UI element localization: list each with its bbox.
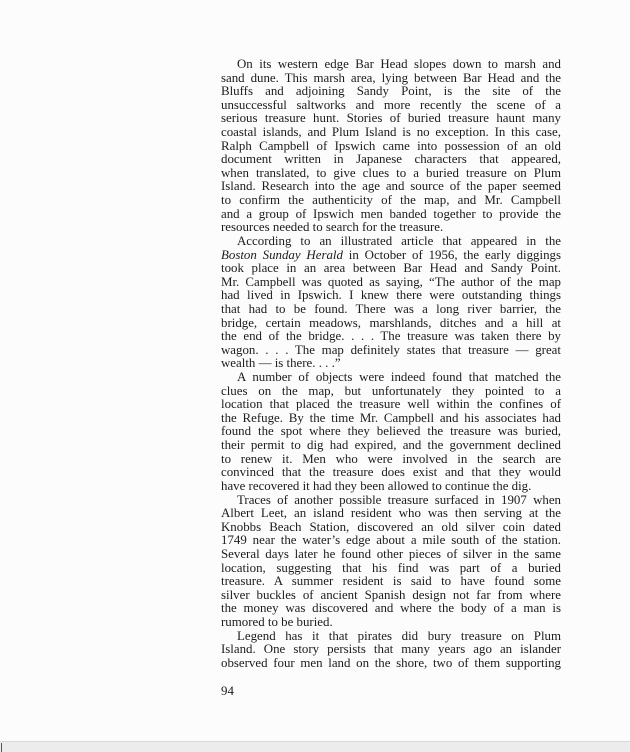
text-line: document written in Japanese characters … [221,153,561,167]
text-line: sand dune. This marsh area, lying betwee… [221,72,561,86]
text-line: clues on the map, but unfortunately they… [221,385,561,399]
text-line: convinced that the treasure does exist a… [221,466,561,480]
text-line: Island. Research into the age and source… [221,180,561,194]
text-line: took place in an area between Bar Head a… [221,262,561,276]
text-line: serious treasure hunt. Stories of buried… [221,112,561,126]
paragraph-5: Legend has it that pirates did bury trea… [221,630,561,671]
text-line: silver buckles of ancient Spanish design… [221,589,561,603]
text-line: wealth — is there. . . .” [221,357,561,371]
text-line: Albert Leet, an island resident who was … [221,507,561,521]
text-line: On its western edge Bar Head slopes down… [221,58,561,72]
page-number: 94 [221,684,234,699]
text-line: wagon. . . . The map definitely states t… [221,344,561,358]
text-line: Bluffs and adjoining Sandy Point, is the… [221,85,561,99]
body-text: On its western edge Bar Head slopes down… [221,58,561,670]
text-line: bridge, certain meadows, marshlands, dit… [221,317,561,331]
text-line: Ralph Campbell of Ipswich came into poss… [221,140,561,154]
text-line: location, suggesting that his find was p… [221,562,561,576]
text-line: have recovered it had they been allowed … [221,480,561,494]
text-line: the Refuge. By the time Mr. Campbell and… [221,412,561,426]
text-line: According to an illustrated article that… [221,235,561,249]
text-line: Knobbs Beach Station, discovered an old … [221,521,561,535]
text-line: location that placed the treasure well w… [221,398,561,412]
paragraph-1: On its western edge Bar Head slopes down… [221,58,561,235]
paragraph-3: A number of objects were indeed found th… [221,371,561,493]
text-line: Mr. Campbell was quoted as saying, “The … [221,276,561,290]
text-line: coastal islands, and Plum Island is no e… [221,126,561,140]
text-line: unsuccessful saltworks and more recently… [221,99,561,113]
text-line: Several days later he found other pieces… [221,548,561,562]
text-line: resources needed to search for the treas… [221,221,561,235]
text-line: when translated, to give clues to a buri… [221,167,561,181]
text-line: to confirm the authenticity of the map, … [221,194,561,208]
text-line: had lived in Ipswich. I knew there were … [221,289,561,303]
text-line: their permit to dig had expired, and the… [221,439,561,453]
text-line: to renew it. Men who were involved in th… [221,453,561,467]
page-bottom-edge [0,741,630,752]
text-line: Legend has it that pirates did bury trea… [221,630,561,644]
scan-edge-mark [1,743,2,752]
text-line: 1749 near the water’s edge about a mile … [221,534,561,548]
text-line: A number of objects were indeed found th… [221,371,561,385]
text-line: Traces of another possible treasure surf… [221,494,561,508]
text-line: the end of the bridge. . . . The treasur… [221,330,561,344]
text-line: the money was discovered and where the b… [221,602,561,616]
paragraph-2: According to an illustrated article that… [221,235,561,371]
text-line: Island. One story persists that many yea… [221,643,561,657]
text-line: observed four men land on the shore, two… [221,657,561,671]
text-line: treasure. A summer resident is said to h… [221,575,561,589]
paragraph-4: Traces of another possible treasure surf… [221,494,561,630]
text-line: that had to be found. There was a long r… [221,303,561,317]
text-line: and a group of Ipswich men banded togeth… [221,208,561,222]
newspaper-title: Boston Sunday Herald [221,248,343,262]
text-line-with-citation: Boston Sunday Herald in October of 1956,… [221,249,561,263]
book-page: On its western edge Bar Head slopes down… [0,0,630,741]
text-line: found the spot where they believed the t… [221,425,561,439]
text-line: rumored to be buried. [221,616,561,630]
